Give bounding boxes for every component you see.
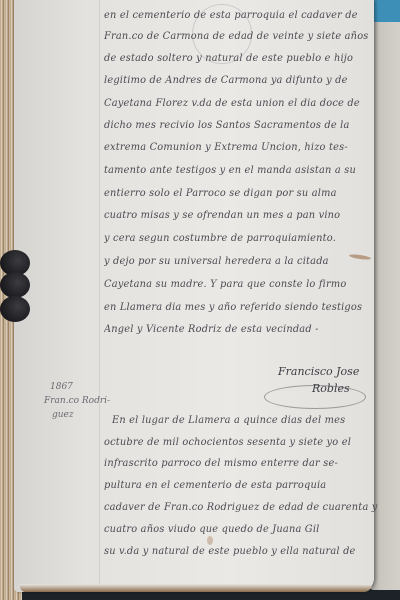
page-bottom-edge <box>20 584 372 592</box>
text-line: pultura en el cementerio de esta parroqu… <box>104 480 389 496</box>
text-line: dicho mes recivio los Santos Sacramentos… <box>104 120 389 136</box>
margin-note-year: 1867 <box>50 382 73 392</box>
signature-flourish <box>264 385 366 409</box>
text-line: infrascrito parroco del mismo enterre da… <box>104 458 389 474</box>
text-line: en Llamera dia mes y año referido siendo… <box>104 302 389 318</box>
text-line: legitimo de Andres de Carmona ya difunto… <box>104 75 389 91</box>
binding-knot <box>0 272 30 298</box>
signature-first-name: Francisco Jose <box>278 365 359 378</box>
text-line: y dejo por su universal heredera a la ci… <box>104 256 389 272</box>
text-line: en el cementerio de esta parroquia el ca… <box>104 10 389 26</box>
text-line: y cera segun costumbre de parroquiamient… <box>104 233 389 249</box>
text-line: de estado soltero y natural de este pueb… <box>104 53 389 69</box>
text-line: Cayetana su madre. Y para que conste lo … <box>104 279 389 295</box>
text-line: extrema Comunion y Extrema Uncion, hizo … <box>104 142 389 158</box>
text-line: cuatro años viudo que quedo de Juana Gil <box>104 524 389 540</box>
text-line: Cayetana Florez v.da de esta union el di… <box>104 98 389 114</box>
binding-cord <box>0 250 32 326</box>
register-page: en el cementerio de esta parroquia el ca… <box>14 0 374 592</box>
text-line: cuatro misas y se ofrendan un mes a pan … <box>104 210 389 226</box>
margin-fold-line <box>99 0 100 590</box>
text-line: tamento ante testigos y en el manda asis… <box>104 165 389 181</box>
text-line: su v.da y natural de este pueblo y ella … <box>104 546 389 562</box>
text-line: cadaver de Fran.co Rodriguez de edad de … <box>104 502 389 518</box>
text-line: octubre de mil ochocientos sesenta y sie… <box>104 437 389 453</box>
text-line: Fran.co de Carmona de edad de veinte y s… <box>104 31 389 47</box>
text-line: Angel y Vicente Rodriz de esta vecindad … <box>104 324 389 340</box>
margin-note-name-cont: guez <box>52 410 74 420</box>
binding-knot <box>0 296 30 322</box>
margin-note-name: Fran.co Rodri- <box>44 396 110 406</box>
text-line: En el lugar de Llamera a quince dias del… <box>112 415 397 431</box>
text-line: entierro solo el Parroco se digan por su… <box>104 188 389 204</box>
